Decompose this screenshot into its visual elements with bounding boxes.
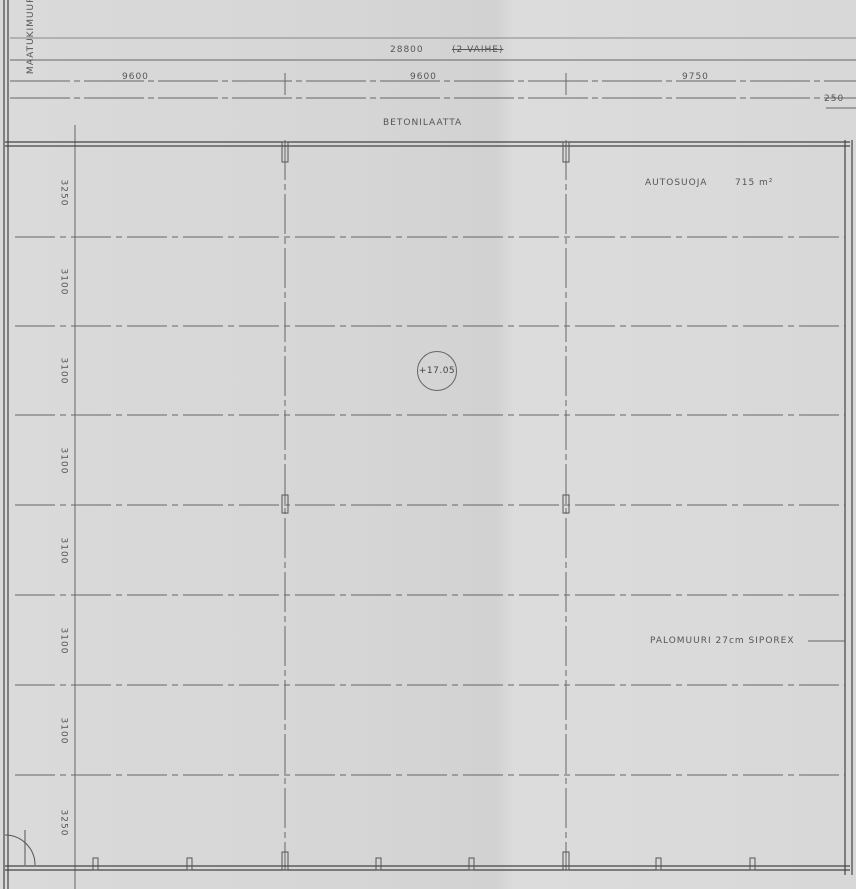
vertical-dimension-1: 3250 (58, 180, 68, 207)
drawing-sheet: MAATUKIMUURI 28800 (2 VAIHE) 9600 9600 9… (0, 0, 856, 889)
vertical-dimension-3: 3100 (58, 358, 68, 385)
vertical-dimension-8: 3250 (58, 810, 68, 837)
level-marker-value: +17.05 (419, 366, 455, 376)
room-name: AUTOSUOJA (645, 178, 707, 188)
edge-dimension: 250 (824, 94, 844, 104)
vertical-dimension-2: 3100 (58, 269, 68, 296)
level-marker: +17.05 (417, 351, 457, 391)
vertical-dimension-5: 3100 (58, 538, 68, 565)
vertical-dimension-7: 3100 (58, 718, 68, 745)
vertical-dimension-6: 3100 (58, 628, 68, 655)
side-label: MAATUKIMUURI (26, 0, 36, 74)
bay-dimension-3: 9750 (682, 72, 709, 82)
top-edge-label: BETONILAATTA (383, 118, 462, 128)
total-dimension: 28800 (390, 45, 424, 55)
phase-note: (2 VAIHE) (452, 45, 503, 55)
room-area: 715 m² (735, 178, 773, 188)
wall-note: PALOMUURI 27cm SIPOREX (650, 636, 795, 646)
floor-plan-lines (0, 0, 856, 889)
bay-dimension-2: 9600 (410, 72, 437, 82)
vertical-dimension-4: 3100 (58, 448, 68, 475)
bay-dimension-1: 9600 (122, 72, 149, 82)
